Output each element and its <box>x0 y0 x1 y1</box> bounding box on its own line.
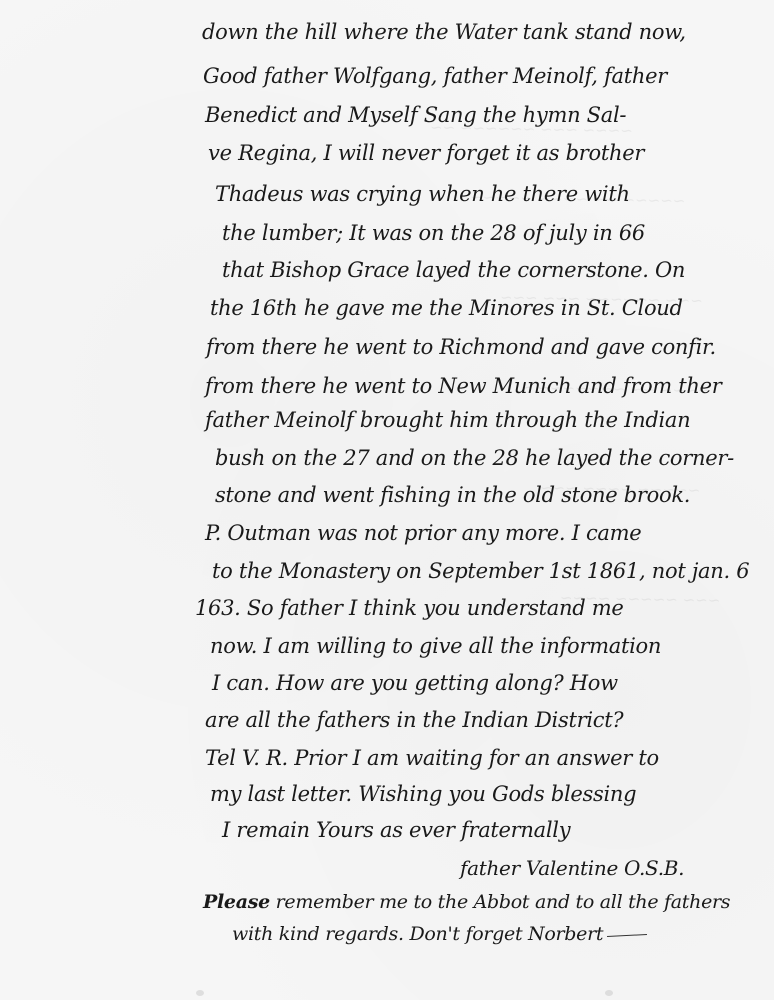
postscript-lead-word: Please <box>203 891 270 913</box>
postscript-line-1-text: remember me to the Abbot and to all the … <box>270 891 730 913</box>
letter-line: are all the fathers in the Indian Distri… <box>205 710 623 731</box>
letter-line: bush on the 27 and on the 28 he layed th… <box>215 448 734 469</box>
letter-line: from there he went to Richmond and gave … <box>206 337 716 358</box>
scan-mark <box>196 990 204 996</box>
postscript-line-2-text: with kind regards. Don't forget Norbert <box>232 923 603 945</box>
letter-line: 163. So father I think you understand me <box>195 598 624 619</box>
signature: father Valentine O.S.B. <box>460 858 684 878</box>
letter-line: Thadeus was crying when he there with <box>215 184 630 205</box>
letter-line: that Bishop Grace layed the cornerstone.… <box>222 260 685 281</box>
letter-line: stone and went fishing in the old stone … <box>215 485 690 506</box>
letter-line: now. I am willing to give all the inform… <box>210 636 661 657</box>
letter-line: the 16th he gave me the Minores in St. C… <box>210 298 683 319</box>
letter-line: the lumber; It was on the 28 of july in … <box>222 223 645 244</box>
letter-line: P. Outman was not prior any more. I came <box>205 523 641 544</box>
letter-line: down the hill where the Water tank stand… <box>202 22 686 43</box>
letter-line: my last letter. Wishing you Gods blessin… <box>210 784 636 805</box>
closing-flourish <box>607 933 647 936</box>
scan-mark <box>605 990 613 996</box>
letter-line: Benedict and Myself Sang the hymn Sal- <box>205 105 626 126</box>
letter-page: ~~~~ ~~~ ~~~~~~ ~~ ~~~~~ ~~ ~~~~ ~~~~~ ~… <box>0 0 774 1000</box>
postscript-line-1: Please remember me to the Abbot and to a… <box>203 893 730 912</box>
letter-line: Tel V. R. Prior I am waiting for an answ… <box>205 748 659 769</box>
letter-line: ve Regina, I will never forget it as bro… <box>208 143 644 164</box>
letter-line: father Meinolf brought him through the I… <box>205 410 690 431</box>
postscript-line-2: with kind regards. Don't forget Norbert <box>232 925 647 944</box>
letter-line: to the Monastery on September 1st 1861, … <box>212 561 749 582</box>
letter-line: I remain Yours as ever fraternally <box>222 820 570 841</box>
letter-line: from there he went to New Munich and fro… <box>205 376 722 397</box>
letter-line: I can. How are you getting along? How <box>212 673 618 694</box>
letter-line: Good father Wolfgang, father Meinolf, fa… <box>203 66 667 87</box>
